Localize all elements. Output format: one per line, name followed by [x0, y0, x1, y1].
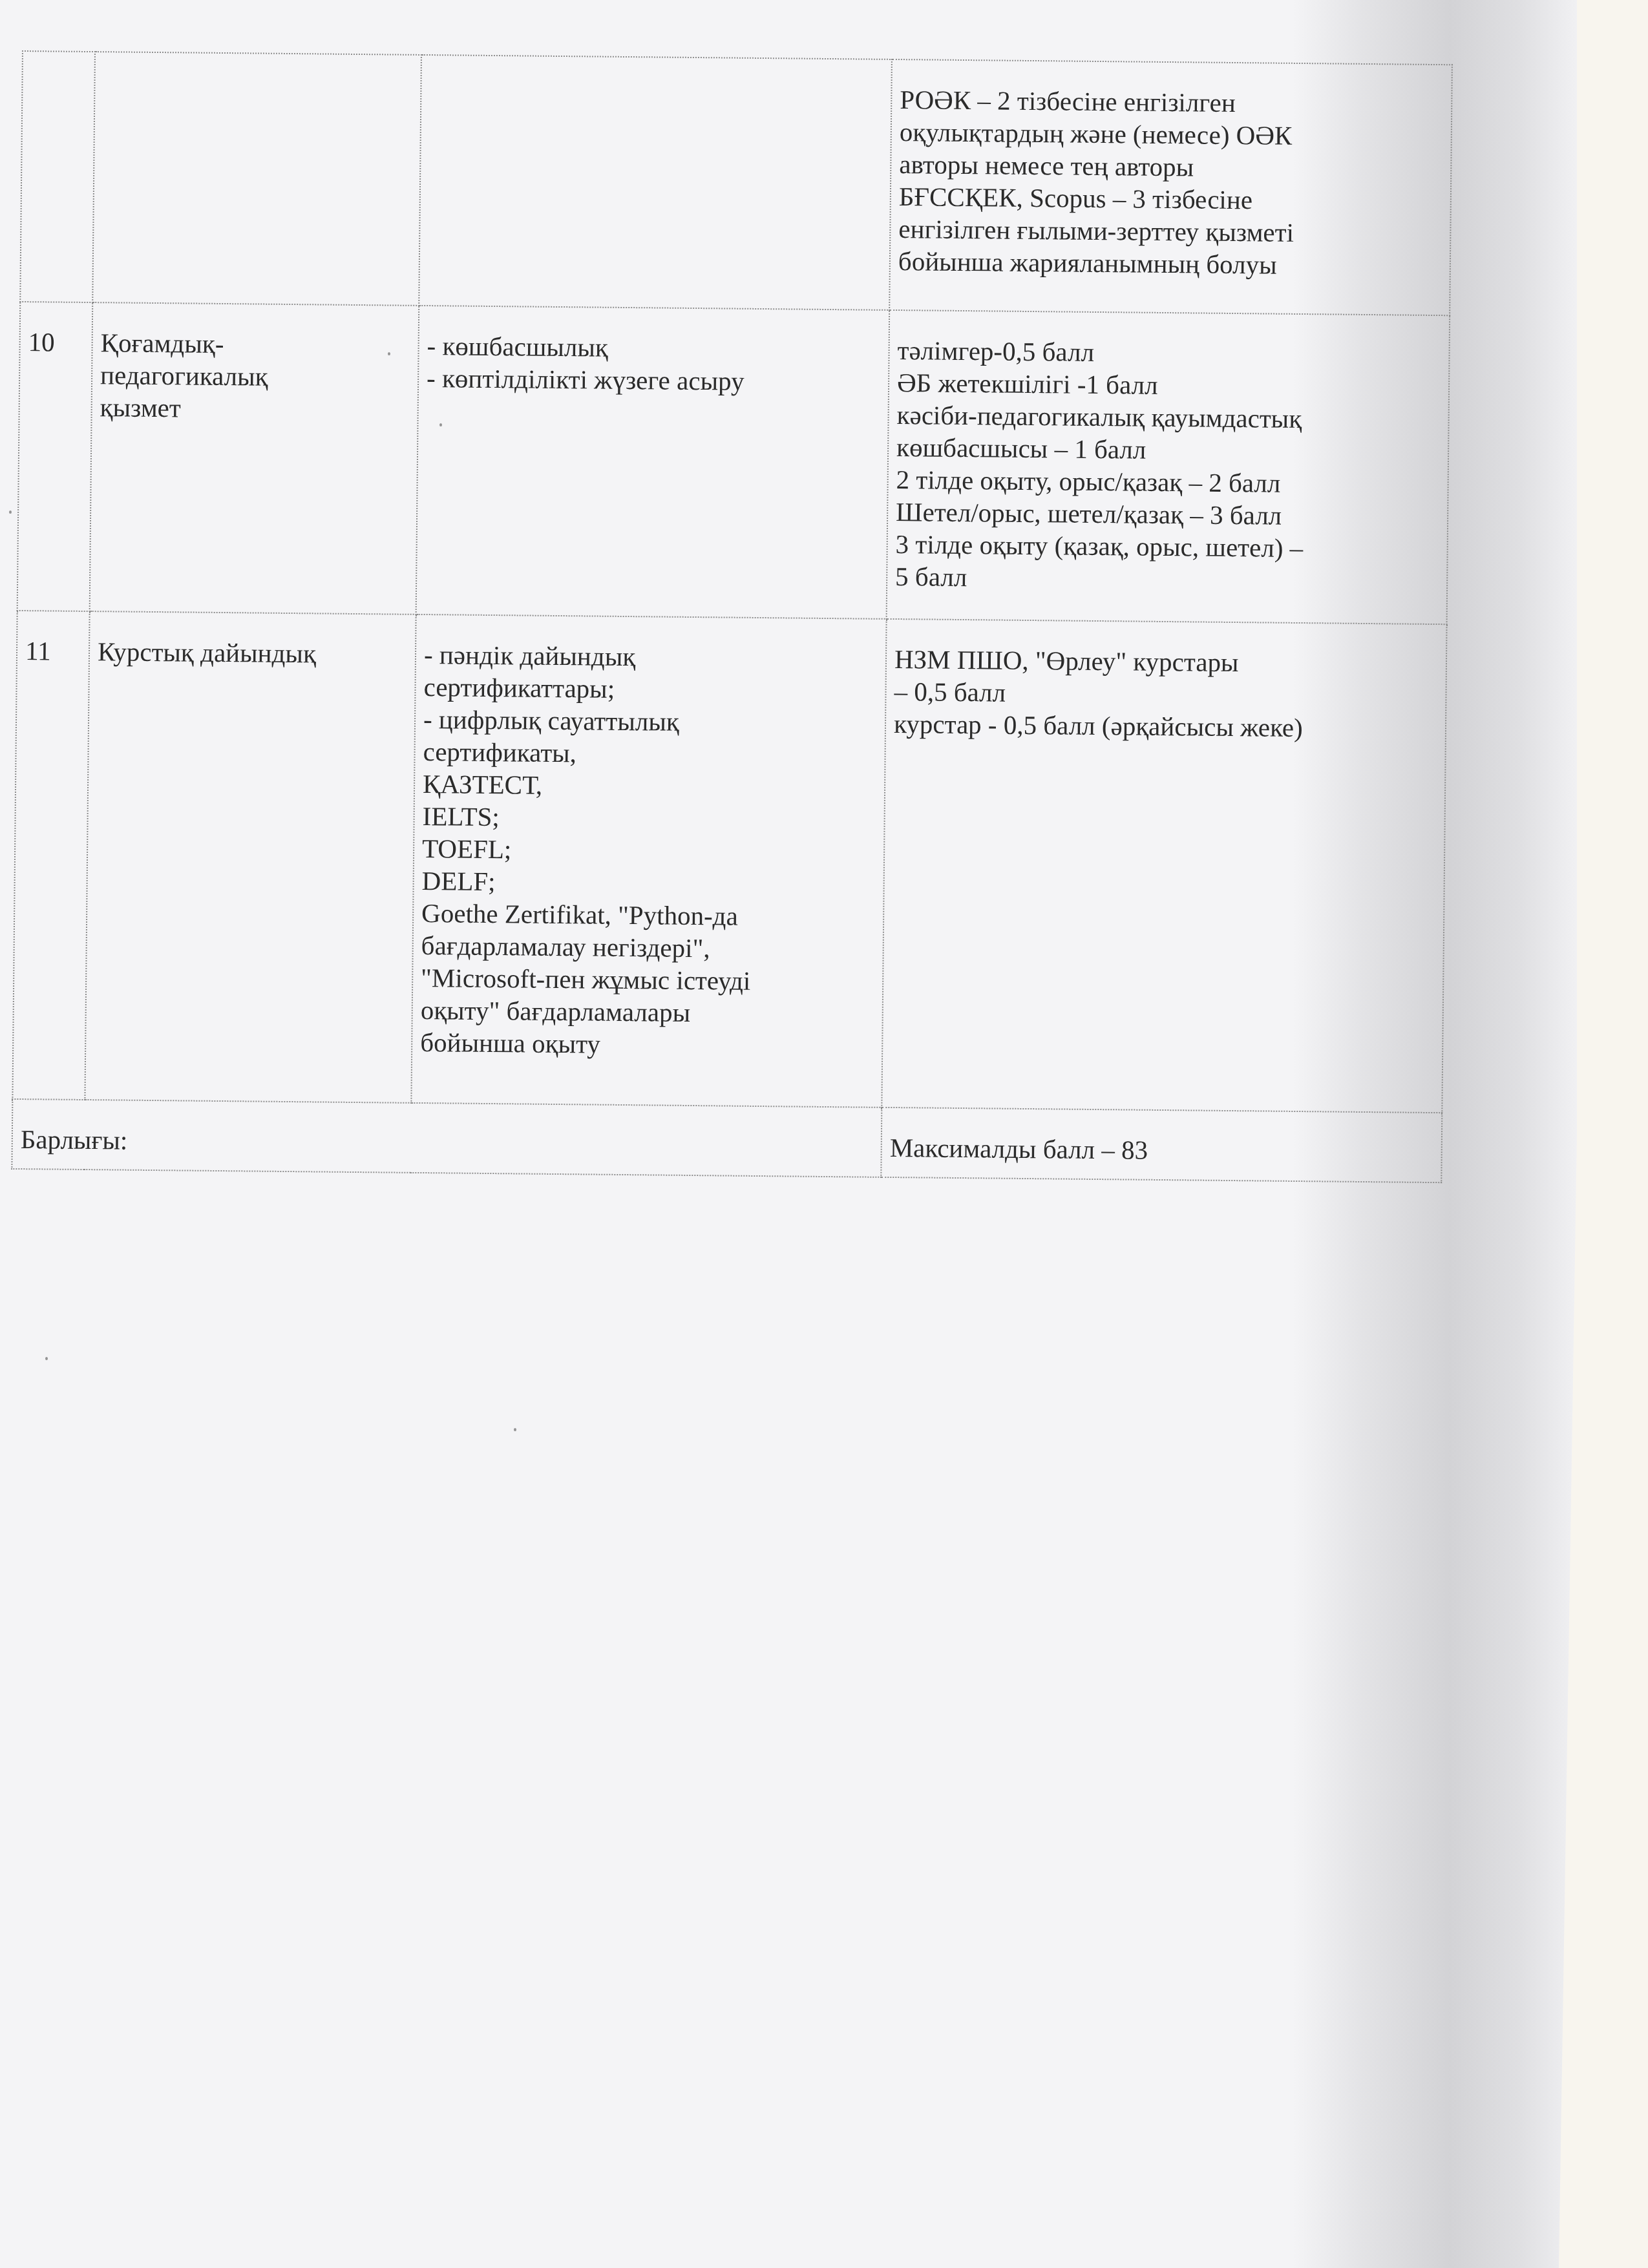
cell-score: тәлімгер-0,5 баллӘБ жетекшілігі -1 баллк…: [887, 310, 1450, 624]
cell-text-line: Шетел/орыс, шетел/қазақ – 3 балл: [896, 496, 1441, 533]
cell-indicator: [92, 52, 421, 306]
cell-text-line: ҚАЗТЕСТ,: [423, 768, 878, 804]
cell-number: 11: [12, 611, 89, 1100]
table-row-11: 11 Курстық дайындық - пәндік дайындықсер…: [12, 611, 1446, 1113]
cell-text-line: – 0,5 балл: [894, 675, 1439, 713]
cell-text-line: - пәндік дайындық: [424, 638, 879, 675]
table-row-total: Барлығы: Максималды балл – 83: [12, 1099, 1442, 1182]
cell-indicator: Қоғамдық-педагогикалыққызмет: [90, 302, 419, 614]
total-value: Максималды балл – 83: [881, 1108, 1442, 1182]
cell-score: НЗМ ПШО, "Өрлеу" курстары– 0,5 баллкурст…: [882, 619, 1446, 1113]
cell-indicator: Курстық дайындық: [85, 611, 416, 1103]
cell-text-line: IELTS;: [422, 800, 877, 837]
cell-text-line: TOEFL;: [422, 832, 877, 869]
cell-text-line: - көшбасшылық: [427, 330, 882, 366]
cell-text-line: - цифрлық сауаттылық: [423, 703, 878, 740]
cell-criteria: [419, 55, 892, 310]
cell-criteria: - пәндік дайындықсертификаттары;- цифрлы…: [411, 614, 886, 1108]
cell-text-line: оқыту" бағдарламалары: [421, 994, 876, 1031]
scan-speck: [388, 352, 390, 355]
cell-score: РОӘК – 2 тізбесіне енгізілгеноқулықтарды…: [889, 59, 1452, 315]
scan-speck: [514, 1428, 516, 1431]
cell-text-line: "Microsoft-пен жұмыс істеуді: [421, 961, 876, 998]
cell-text-line: қызмет: [100, 391, 410, 426]
scan-speck: [9, 510, 12, 514]
cell-text-line: сертификаты,: [423, 735, 878, 772]
cell-text-line: сертификаттары;: [423, 671, 878, 708]
cell-text-line: курстар - 0,5 балл (әрқайсысы жеке): [894, 708, 1439, 745]
cell-text-line: бойынша оқыту: [420, 1026, 875, 1063]
cell-text-line: оқулықтардың және (немесе) ОӘК: [900, 116, 1444, 153]
total-label: Барлығы:: [12, 1099, 882, 1177]
cell-text-line: педагогикалық: [100, 359, 411, 394]
cell-text-line: енгізілген ғылыми-зерттеу қызметі: [898, 213, 1443, 250]
cell-text-line: көшбасшысы – 1 балл: [896, 431, 1441, 468]
table-row-10: 10 Қоғамдық-педагогикалыққызмет - көшбас…: [17, 302, 1450, 624]
cell-text-line: авторы немесе тең авторы: [899, 148, 1444, 185]
cell-text-line: бойынша жарияланымның болуы: [898, 245, 1443, 282]
cell-text-line: кәсіби-педагогикалық қауымдастық: [896, 399, 1441, 436]
cell-text-line: Goethe Zertifikat, "Python-да: [421, 897, 876, 934]
cell-text-line: НЗМ ПШО, "Өрлеу" курстары: [894, 643, 1439, 680]
cell-text-line: Қоғамдық-: [100, 326, 411, 362]
cell-text-line: DELF;: [421, 865, 876, 901]
scoring-table: РОӘК – 2 тізбесіне енгізілгеноқулықтарды…: [11, 50, 1453, 1183]
cell-text-line: тәлімгер-0,5 балл: [897, 334, 1442, 372]
cell-text-line: 2 тілде оқыту, орыс/қазақ – 2 балл: [896, 463, 1441, 501]
cell-text-line: ӘБ жетекшілігі -1 балл: [897, 366, 1442, 404]
table-row-continuation: РОӘК – 2 тізбесіне енгізілгеноқулықтарды…: [20, 51, 1452, 315]
cell-number: [20, 51, 95, 302]
cell-text-line: 5 балл: [895, 560, 1440, 598]
cell-text-line: бағдарламалау негіздері",: [421, 929, 876, 966]
scan-speck: [45, 1357, 48, 1360]
cell-text-line: РОӘК – 2 тізбесіне енгізілген: [900, 83, 1444, 121]
cell-criteria: - көшбасшылық- көптілділікті жүзеге асыр…: [416, 306, 890, 619]
cell-text-line: БҒССҚЕК, Scopus – 3 тізбесіне: [899, 180, 1444, 218]
scan-speck: [439, 423, 442, 426]
cell-text-line: Курстық дайындық: [98, 635, 408, 671]
cell-text-line: - көптілділікті жүзеге асыру: [427, 362, 882, 399]
cell-text-line: 3 тілде оқыту (қазақ, орыс, шетел) –: [895, 528, 1440, 565]
scoring-table-container: РОӘК – 2 тізбесіне енгізілгеноқулықтарды…: [11, 50, 1453, 1183]
cell-number: 10: [17, 302, 93, 611]
